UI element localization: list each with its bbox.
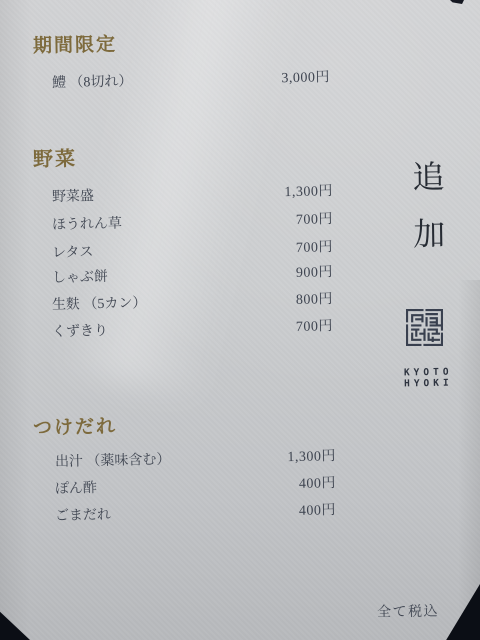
item-name: しゃぶ餅 xyxy=(52,269,108,288)
item-price: 700円 xyxy=(296,318,333,337)
item-name: レタス xyxy=(52,244,94,263)
item-price: 900円 xyxy=(296,264,333,283)
vertical-label-tsuika: 追加 xyxy=(409,160,445,274)
item-price: 700円 xyxy=(296,211,333,230)
item-name: ごまだれ xyxy=(55,507,111,526)
item-price: 700円 xyxy=(296,239,333,258)
item-price: 800円 xyxy=(296,291,333,310)
section-title-limited-time: 期間限定 xyxy=(33,34,117,58)
item-name: 出汁 （薬味含む） xyxy=(55,452,171,472)
item-name: ぽん酢 xyxy=(55,480,97,499)
item-price: 1,300円 xyxy=(284,183,333,202)
tax-note: 全て税込 xyxy=(377,601,439,622)
section-title-dipping-sauce: つけだれ xyxy=(33,416,117,440)
item-name: 生麩 （5カン） xyxy=(52,295,147,315)
item-name: 野菜盛 xyxy=(52,188,94,207)
item-price: 400円 xyxy=(299,502,336,521)
item-name: 鱧 （8切れ） xyxy=(52,73,133,93)
brand-name: KYOTO HYOKI xyxy=(404,368,453,390)
section-title-vegetables: 野菜 xyxy=(33,148,77,171)
brand-line2: HYOKI xyxy=(404,378,453,389)
item-price: 3,000円 xyxy=(281,69,330,88)
item-price: 400円 xyxy=(299,475,336,494)
item-name: くずきり xyxy=(52,323,108,342)
item-name: ほうれん草 xyxy=(52,216,122,235)
kyoto-hyoki-seal-icon xyxy=(406,309,443,346)
item-price: 1,300円 xyxy=(287,448,336,467)
